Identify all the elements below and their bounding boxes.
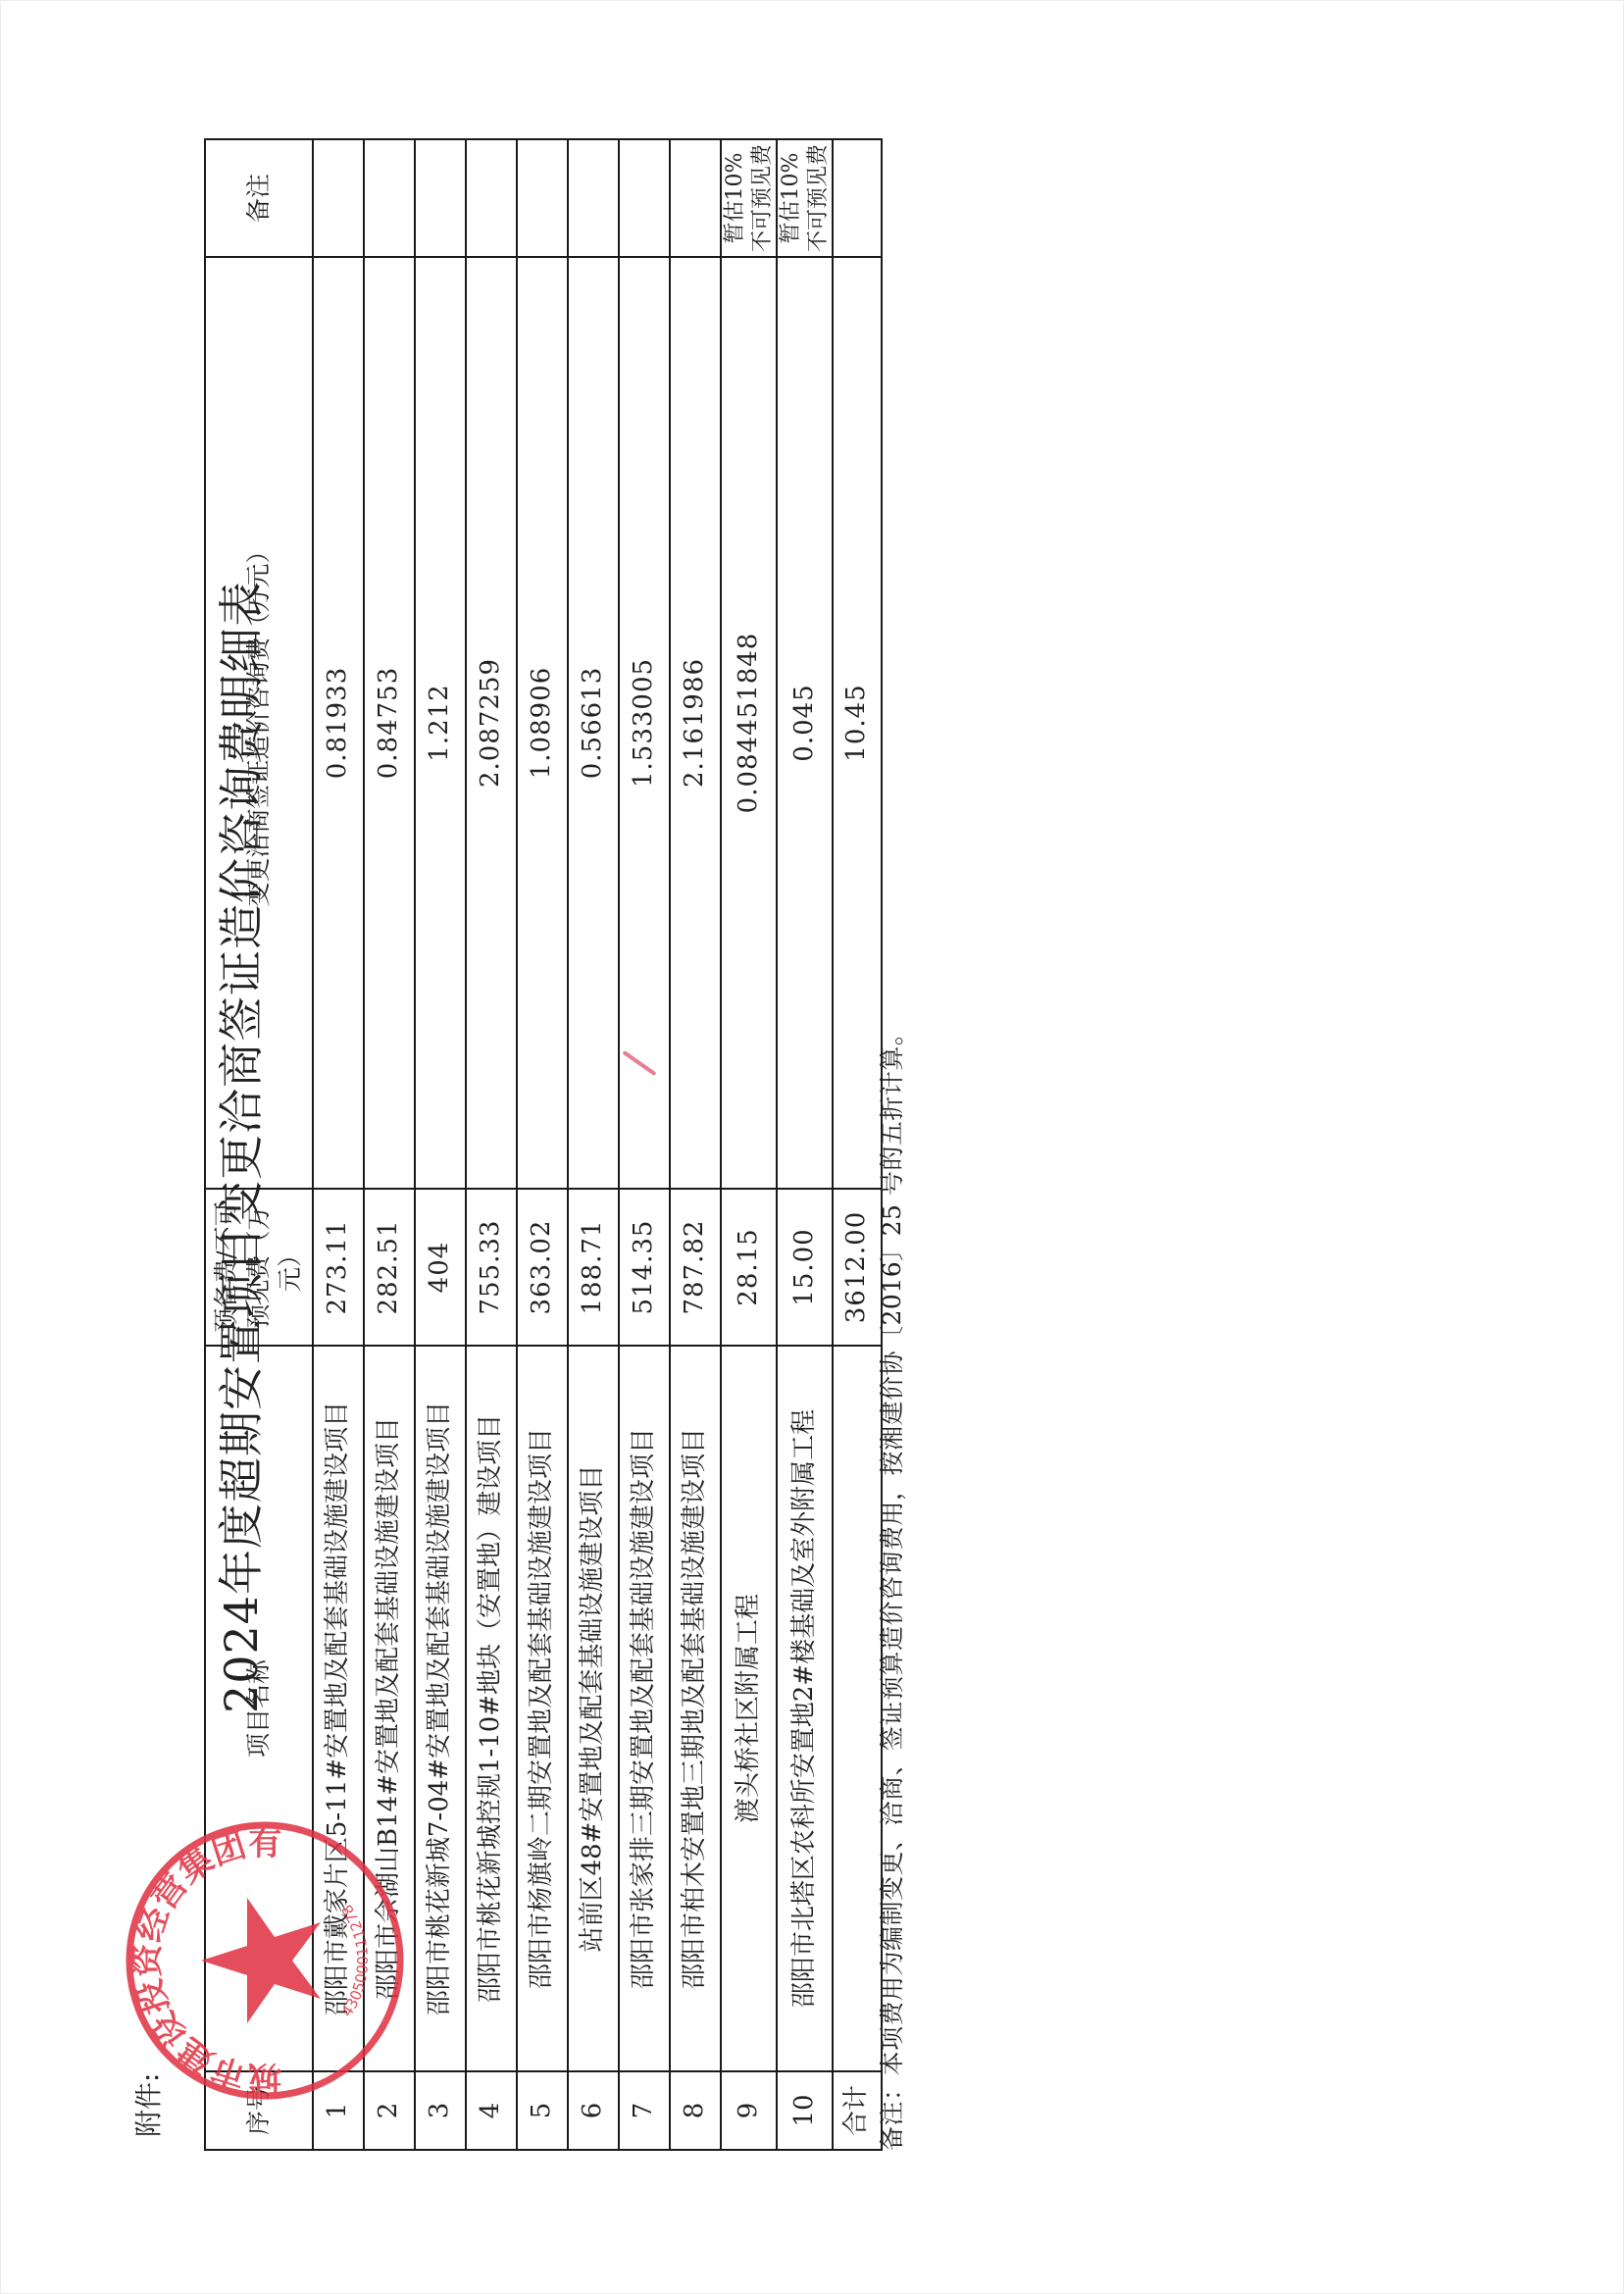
table-row: 7邵阳市张家排三期安置地及配套基础设施建设项目514.351.533005 [619, 139, 670, 2150]
row-name: 邵阳市戴家片区5-11#安置地及配套基础设施建设项目 [313, 1346, 364, 2071]
row-reserve: 363.02 [517, 1189, 568, 1346]
row-name: 渡头桥社区附属工程 [721, 1346, 777, 2071]
row-fee: 1.533005 [619, 257, 670, 1189]
row-reserve: 15.00 [777, 1189, 833, 1346]
row-reserve: 188.71 [568, 1189, 619, 1346]
header-no: 序号 [205, 2071, 313, 2150]
table-header-row: 序号 项目名称 预备费/不可预见费（万元） 变更洽商签证造价咨询费（万元） 备注 [205, 139, 313, 2150]
row-remark [517, 139, 568, 257]
row-remark: 暂估10%不可预见费 [777, 139, 833, 257]
row-fee: 0.56613 [568, 257, 619, 1189]
table-row: 5邵阳市杨旗岭二期安置地及配套基础设施建设项目363.021.08906 [517, 139, 568, 2150]
row-remark [313, 139, 364, 257]
row-remark [466, 139, 517, 257]
row-reserve: 514.35 [619, 1189, 670, 1346]
row-name: 邵阳市杨旗岭二期安置地及配套基础设施建设项目 [517, 1346, 568, 2071]
row-no: 6 [568, 2071, 619, 2150]
total-remark [833, 139, 882, 257]
row-fee: 2.087259 [466, 257, 517, 1189]
header-remark: 备注 [205, 139, 313, 257]
fee-table: 序号 项目名称 预备费/不可预见费（万元） 变更洽商签证造价咨询费（万元） 备注… [204, 138, 883, 2151]
row-fee: 0.045 [777, 257, 833, 1189]
row-fee: 0.84753 [364, 257, 415, 1189]
row-remark: 暂估10%不可预见费 [721, 139, 777, 257]
footnote: 备注：本项费用为编制变更、洽商、签证预算造价咨询费用，按湘建价协〔2016〕25… [873, 1021, 908, 2151]
header-fee: 变更洽商签证造价咨询费（万元） [205, 257, 313, 1189]
row-no: 4 [466, 2071, 517, 2150]
row-name: 站前区48#安置地及配套基础设施建设项目 [568, 1346, 619, 2071]
rotated-landscape-content: 附件: 2024年度超期安置项目变更洽商签证造价咨询费明细表 序号 项目名称 预… [0, 0, 1624, 2294]
row-remark [619, 139, 670, 257]
row-remark [415, 139, 466, 257]
row-reserve: 282.51 [364, 1189, 415, 1346]
row-name: 邵阳市柏木安置地三期地及配套基础设施建设项目 [670, 1346, 721, 2071]
row-fee: 1.08906 [517, 257, 568, 1189]
table-row: 3邵阳市桃花新城7-04#安置地及配套基础设施建设项目4041.212 [415, 139, 466, 2150]
table-row: 4邵阳市桃花新城控规1-10#地块（安置地）建设项目755.332.087259 [466, 139, 517, 2150]
table-row: 1邵阳市戴家片区5-11#安置地及配套基础设施建设项目273.110.81933 [313, 139, 364, 2150]
row-no: 9 [721, 2071, 777, 2150]
row-no: 5 [517, 2071, 568, 2150]
row-name: 邵阳市张家排三期安置地及配套基础设施建设项目 [619, 1346, 670, 2071]
attachment-label: 附件: [127, 2073, 167, 2137]
header-reserve: 预备费/不可预见费（万元） [205, 1189, 313, 1346]
row-reserve: 404 [415, 1189, 466, 1346]
row-fee: 0.084451848 [721, 257, 777, 1189]
row-fee: 1.212 [415, 257, 466, 1189]
row-remark [670, 139, 721, 257]
row-name: 邵阳市北塔区农科所安置地2#楼基础及室外附属工程 [777, 1346, 833, 2071]
table-row: 9渡头桥社区附属工程28.150.084451848暂估10%不可预见费 [721, 139, 777, 2150]
row-no: 1 [313, 2071, 364, 2150]
row-reserve: 787.82 [670, 1189, 721, 1346]
row-no: 2 [364, 2071, 415, 2150]
row-reserve: 273.11 [313, 1189, 364, 1346]
row-name: 邵阳市佘湖山B14#安置地及配套基础设施建设项目 [364, 1346, 415, 2071]
row-no: 7 [619, 2071, 670, 2150]
row-fee: 0.81933 [313, 257, 364, 1189]
row-no: 3 [415, 2071, 466, 2150]
row-reserve: 28.15 [721, 1189, 777, 1346]
row-remark [364, 139, 415, 257]
row-reserve: 755.33 [466, 1189, 517, 1346]
row-fee: 2.161986 [670, 257, 721, 1189]
row-name: 邵阳市桃花新城7-04#安置地及配套基础设施建设项目 [415, 1346, 466, 2071]
header-name: 项目名称 [205, 1346, 313, 2071]
table-row: 10邵阳市北塔区农科所安置地2#楼基础及室外附属工程15.000.045暂估10… [777, 139, 833, 2150]
row-no: 10 [777, 2071, 833, 2150]
row-no: 8 [670, 2071, 721, 2150]
row-remark [568, 139, 619, 257]
table-row: 2邵阳市佘湖山B14#安置地及配套基础设施建设项目282.510.84753 [364, 139, 415, 2150]
row-name: 邵阳市桃花新城控规1-10#地块（安置地）建设项目 [466, 1346, 517, 2071]
table-row: 8邵阳市柏木安置地三期地及配套基础设施建设项目787.822.161986 [670, 139, 721, 2150]
table-row: 6站前区48#安置地及配套基础设施建设项目188.710.56613 [568, 139, 619, 2150]
